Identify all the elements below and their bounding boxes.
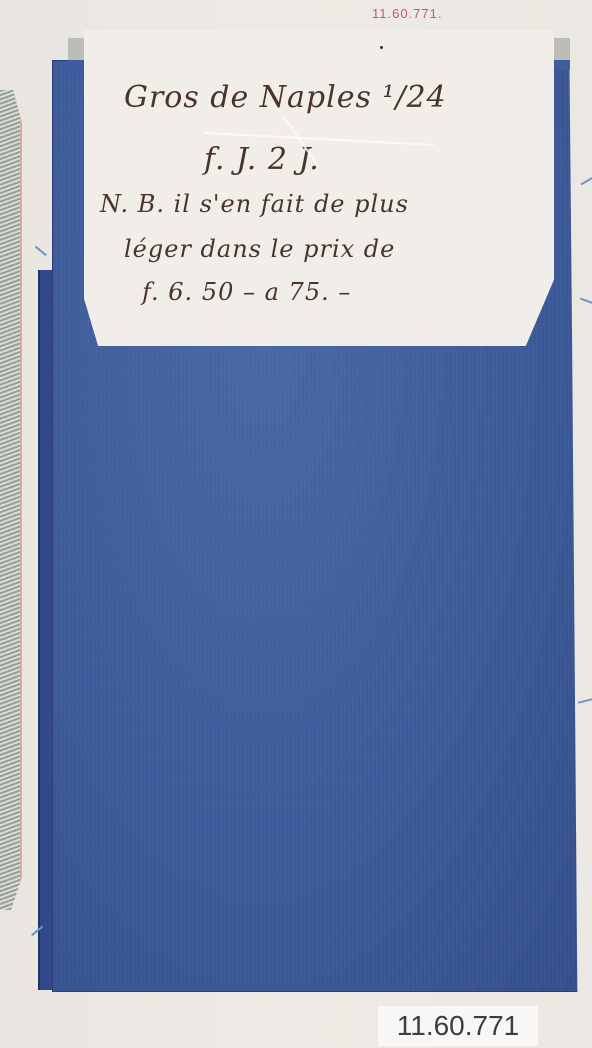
accession-number-handwritten: 11.60.771. bbox=[372, 6, 442, 21]
label-line-4: léger dans le prix de bbox=[124, 235, 395, 263]
photo-scene: Gros de Naples ¹/24 f. J. 2 J. N. B. il … bbox=[0, 0, 592, 1048]
label-line-2: f. J. 2 J. bbox=[204, 142, 320, 177]
loose-thread bbox=[578, 698, 592, 703]
handwritten-label: Gros de Naples ¹/24 f. J. 2 J. N. B. il … bbox=[84, 30, 554, 346]
label-line-5: f. 6. 50 – a 75. – bbox=[142, 278, 351, 306]
accession-number-text: 11.60.771 bbox=[397, 1010, 520, 1042]
accession-number-tag: 11.60.771 bbox=[378, 1006, 538, 1046]
loose-thread bbox=[581, 177, 592, 185]
loose-thread bbox=[35, 246, 47, 256]
loose-thread bbox=[580, 298, 592, 304]
label-line-1: Gros de Naples ¹/24 bbox=[124, 80, 447, 115]
label-line-3: N. B. il s'en fait de plus bbox=[100, 190, 409, 218]
pin-hole bbox=[380, 46, 383, 49]
adjacent-striped-sample bbox=[0, 90, 22, 910]
